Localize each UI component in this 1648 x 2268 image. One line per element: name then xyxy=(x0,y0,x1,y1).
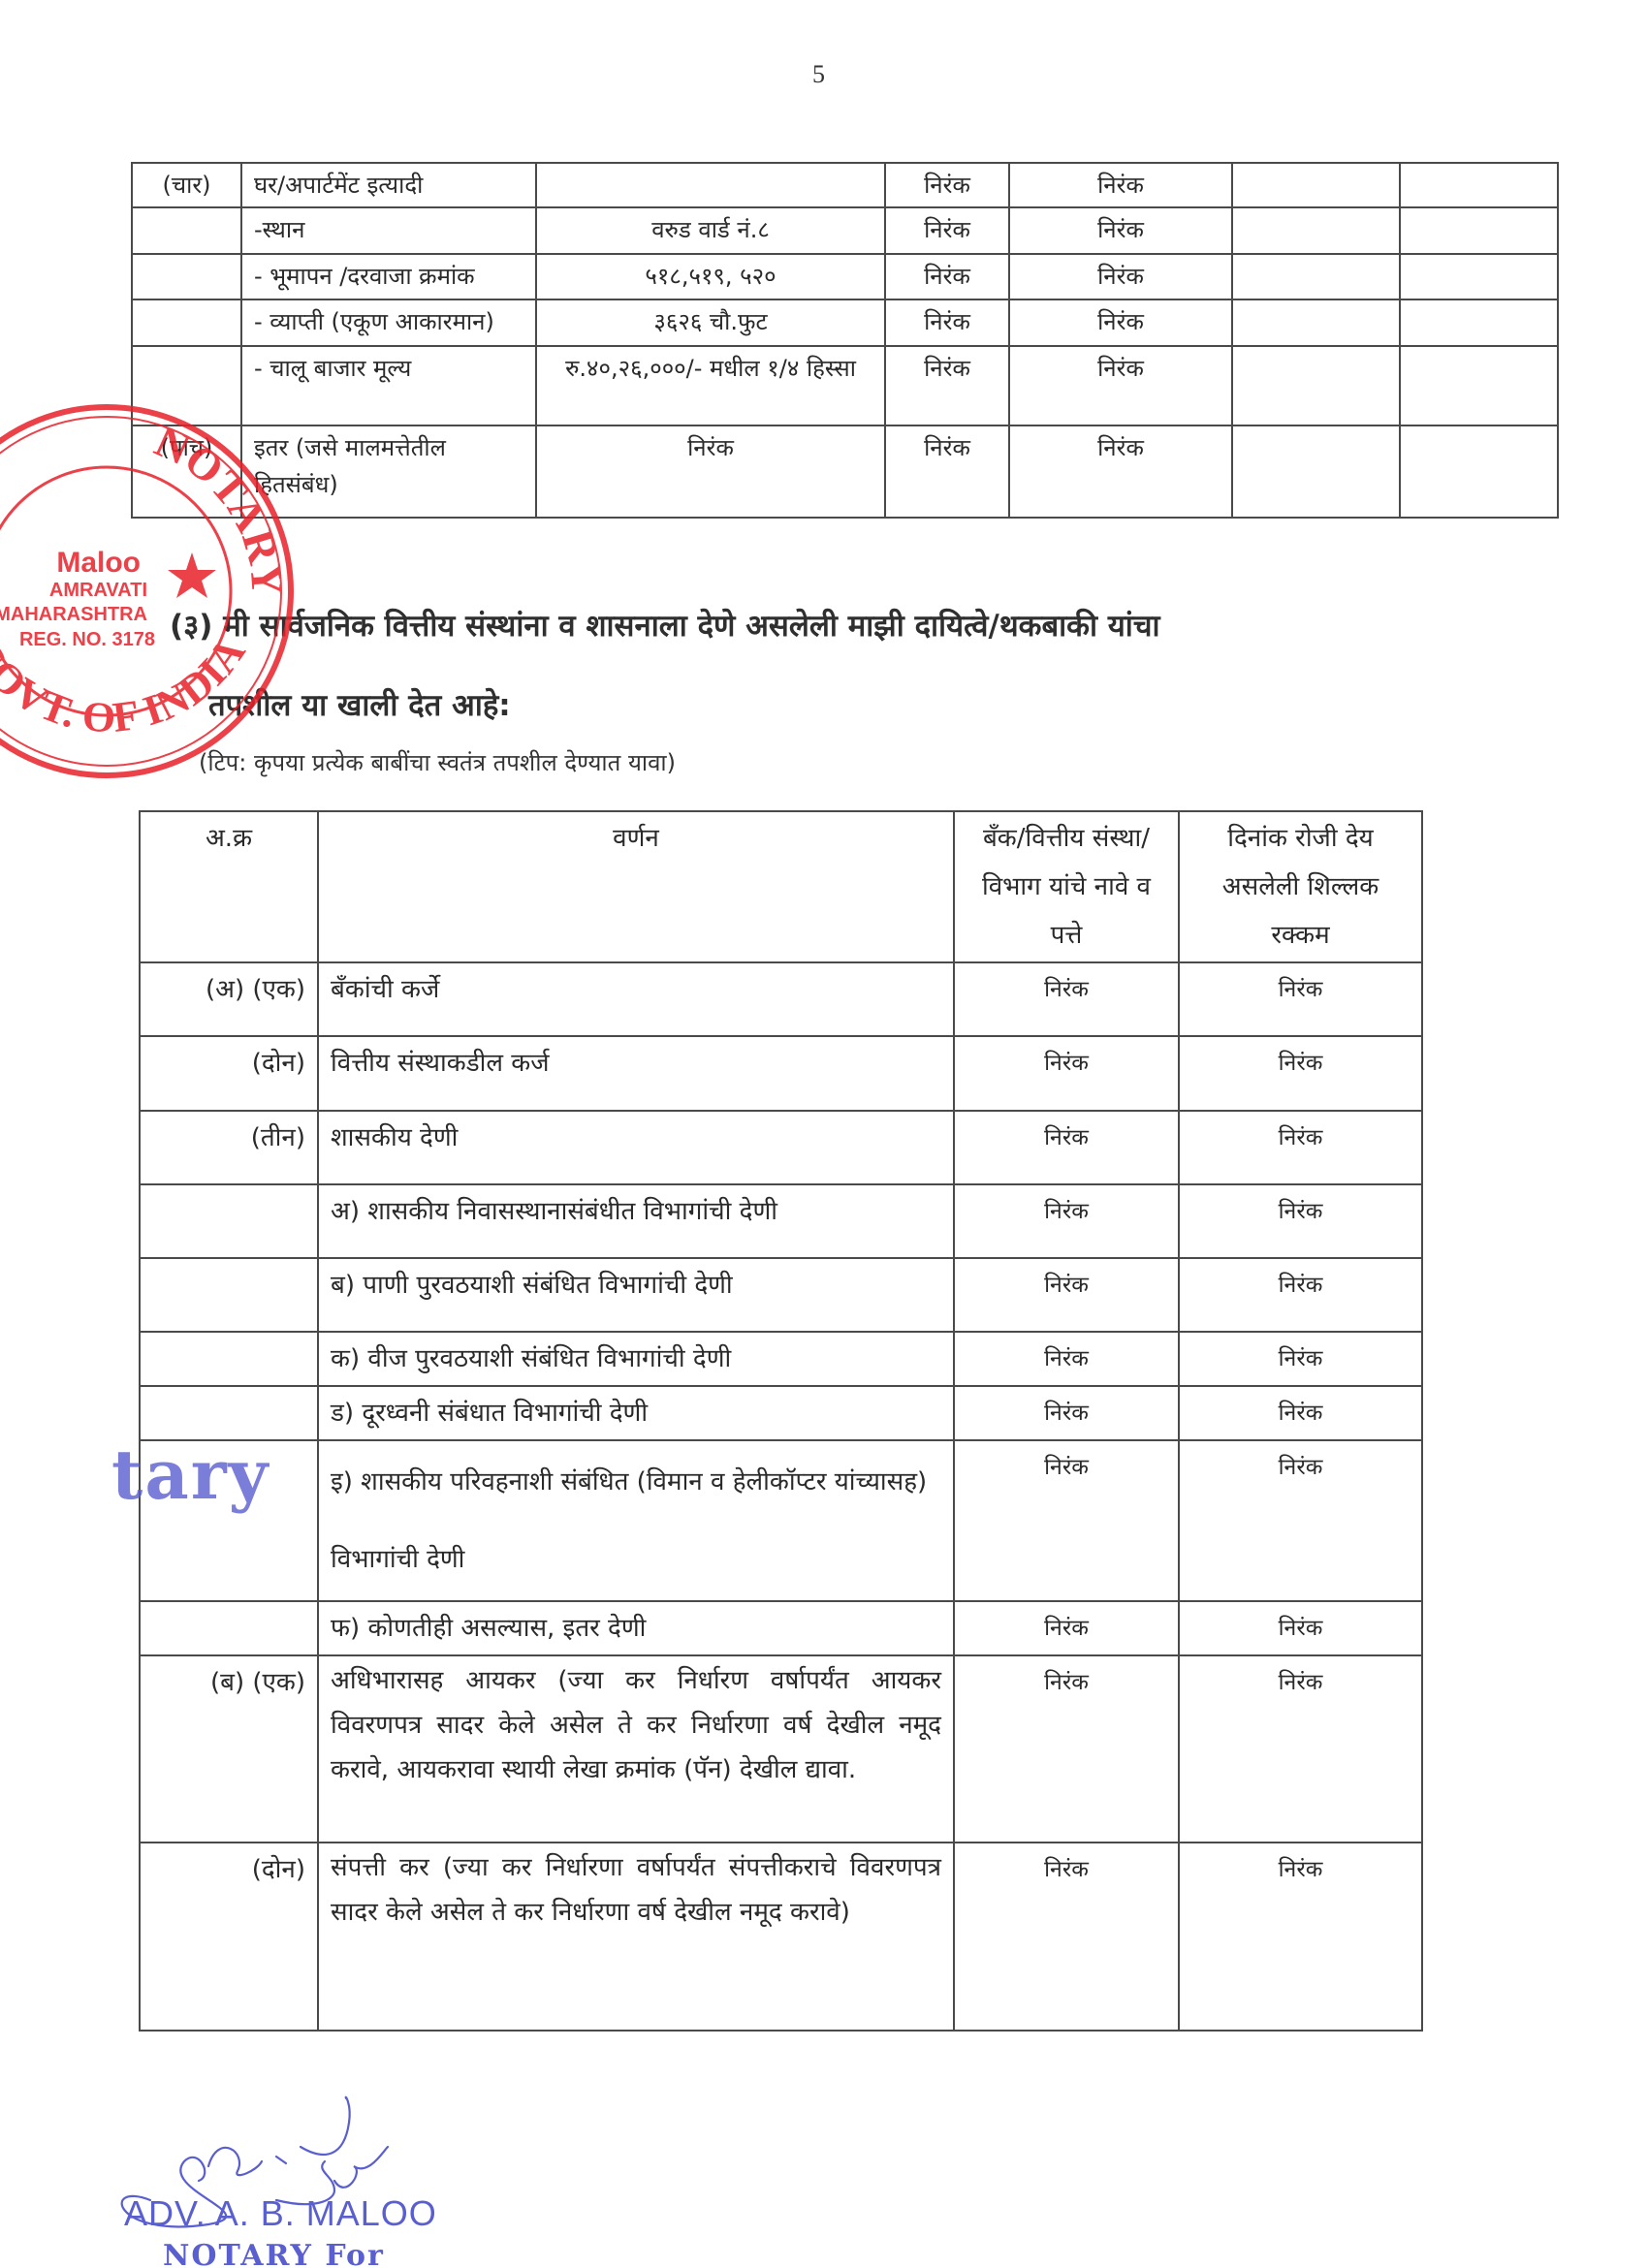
row-value-2: निरंक xyxy=(1009,207,1232,254)
row-value-3 xyxy=(1232,254,1400,299)
row-amount: निरंक xyxy=(1179,1036,1422,1111)
liabilities-table: अ.क्र वर्णन बँक/वित्तीय संस्था/ विभाग या… xyxy=(139,810,1423,2032)
row-value-3 xyxy=(1232,425,1400,518)
row-description: अधिभारासह आयकर (ज्या कर निर्धारण वर्षापर… xyxy=(318,1655,954,1843)
assets-table: (चार) घर/अपार्टमेंट इत्यादी निरंक निरंक … xyxy=(131,162,1559,519)
row-description: ड) दूरध्वनी संबंधात विभागांची देणी xyxy=(318,1386,954,1440)
notary-for-label: NOTARY For xyxy=(163,2239,385,2268)
row-description: संपत्ती कर (ज्या कर निर्धारणा वर्षापर्यं… xyxy=(318,1843,954,2031)
row-value-4 xyxy=(1400,346,1558,425)
page-number: 5 xyxy=(812,60,825,89)
table-row: (दोन) संपत्ती कर (ज्या कर निर्धारणा वर्ष… xyxy=(140,1843,1422,2031)
table-row: क) वीज पुरवठयाशी संबंधित विभागांची देणी … xyxy=(140,1332,1422,1386)
table-row: -स्थान वरुड वार्ड नं.८ निरंक निरंक xyxy=(132,207,1558,254)
row-description: - भूमापन /दरवाजा क्रमांक xyxy=(241,254,536,299)
row-index xyxy=(140,1386,318,1440)
row-bank: निरंक xyxy=(954,1601,1179,1655)
row-index: (अ) (एक) xyxy=(140,962,318,1036)
row-description: -स्थान xyxy=(241,207,536,254)
row-bank: निरंक xyxy=(954,1440,1179,1601)
row-amount: निरंक xyxy=(1179,1184,1422,1258)
row-value-2: निरंक xyxy=(1009,425,1232,518)
seal-name: Maloo xyxy=(56,547,141,579)
row-detail: ५१८,५१९, ५२० xyxy=(536,254,885,299)
row-index: (चार) xyxy=(132,163,241,207)
table-row: ड) दूरध्वनी संबंधात विभागांची देणी निरंक… xyxy=(140,1386,1422,1440)
row-bank: निरंक xyxy=(954,1036,1179,1111)
notary-name: ADV. A. B. MALOO xyxy=(124,2193,437,2234)
row-bank: निरंक xyxy=(954,962,1179,1036)
row-description: शासकीय देणी xyxy=(318,1111,954,1184)
row-index xyxy=(140,1258,318,1332)
row-detail: रु.४०,२६,०००/- मधील १/४ हिस्सा xyxy=(536,346,885,425)
table-row: (अ) (एक) बँकांची कर्जे निरंक निरंक xyxy=(140,962,1422,1036)
row-index xyxy=(132,207,241,254)
row-detail: निरंक xyxy=(536,425,885,518)
header-amount: दिनांक रोजी देय असलेली शिल्लक रक्कम xyxy=(1179,811,1422,962)
table-header-row: अ.क्र वर्णन बँक/वित्तीय संस्था/ विभाग या… xyxy=(140,811,1422,962)
row-value-1: निरंक xyxy=(885,425,1009,518)
header-serial: अ.क्र xyxy=(140,811,318,962)
row-description: अ) शासकीय निवासस्थानासंबंधीत विभागांची द… xyxy=(318,1184,954,1258)
row-bank: निरंक xyxy=(954,1843,1179,2031)
row-description: घर/अपार्टमेंट इत्यादी xyxy=(241,163,536,207)
row-index: (तीन) xyxy=(140,1111,318,1184)
section-tip: (टिप: कृपया प्रत्येक बाबींचा स्वतंत्र तप… xyxy=(199,746,676,778)
table-row: (ब) (एक) अधिभारासह आयकर (ज्या कर निर्धार… xyxy=(140,1655,1422,1843)
row-amount: निरंक xyxy=(1179,1111,1422,1184)
table-row: ब) पाणी पुरवठयाशी संबंधित विभागांची देणी… xyxy=(140,1258,1422,1332)
row-amount: निरंक xyxy=(1179,1601,1422,1655)
row-description: ब) पाणी पुरवठयाशी संबंधित विभागांची देणी xyxy=(318,1258,954,1332)
row-value-1: निरंक xyxy=(885,299,1009,346)
row-bank: निरंक xyxy=(954,1184,1179,1258)
row-value-3 xyxy=(1232,163,1400,207)
row-description: बँकांची कर्जे xyxy=(318,962,954,1036)
row-description: क) वीज पुरवठयाशी संबंधित विभागांची देणी xyxy=(318,1332,954,1386)
row-value-2: निरंक xyxy=(1009,299,1232,346)
row-value-4 xyxy=(1400,425,1558,518)
row-description: इ) शासकीय परिवहनाशी संबंधित (विमान व हेल… xyxy=(318,1440,954,1601)
row-amount: निरंक xyxy=(1179,962,1422,1036)
row-index: (दोन) xyxy=(140,1036,318,1111)
row-index: (दोन) xyxy=(140,1843,318,2031)
header-description: वर्णन xyxy=(318,811,954,962)
row-value-1: निरंक xyxy=(885,207,1009,254)
table-row: - भूमापन /दरवाजा क्रमांक ५१८,५१९, ५२० नि… xyxy=(132,254,1558,299)
table-row: - व्याप्ती (एकूण आकारमान) ३६२६ चौ.फुट नि… xyxy=(132,299,1558,346)
seal-state: MAHARASHTRA xyxy=(0,604,147,625)
section-heading: (३) मी सार्वजनिक वित्तीय संस्थांना व शास… xyxy=(170,586,1430,745)
section-heading-line-2: तपशील या खाली देत आहे: xyxy=(170,666,1430,745)
table-row: (तीन) शासकीय देणी निरंक निरंक xyxy=(140,1111,1422,1184)
row-value-1: निरंक xyxy=(885,346,1009,425)
table-row: फ) कोणतीही असल्यास, इतर देणी निरंक निरंक xyxy=(140,1601,1422,1655)
row-detail: वरुड वार्ड नं.८ xyxy=(536,207,885,254)
row-index: (पाच) xyxy=(132,425,241,518)
row-value-3 xyxy=(1232,207,1400,254)
row-value-4 xyxy=(1400,254,1558,299)
row-value-3 xyxy=(1232,346,1400,425)
row-bank: निरंक xyxy=(954,1386,1179,1440)
table-row: अ) शासकीय निवासस्थानासंबंधीत विभागांची द… xyxy=(140,1184,1422,1258)
row-index xyxy=(140,1332,318,1386)
row-description: इतर (जसे मालमत्तेतील हितसंबंध) xyxy=(241,425,536,518)
row-amount: निरंक xyxy=(1179,1258,1422,1332)
row-value-4 xyxy=(1400,207,1558,254)
row-bank: निरंक xyxy=(954,1655,1179,1843)
row-description: - व्याप्ती (एकूण आकारमान) xyxy=(241,299,536,346)
table-row: इ) शासकीय परिवहनाशी संबंधित (विमान व हेल… xyxy=(140,1440,1422,1601)
row-value-3 xyxy=(1232,299,1400,346)
row-value-1: निरंक xyxy=(885,254,1009,299)
row-description: वित्तीय संस्थाकडील कर्ज xyxy=(318,1036,954,1111)
row-amount: निरंक xyxy=(1179,1440,1422,1601)
table-row: (चार) घर/अपार्टमेंट इत्यादी निरंक निरंक xyxy=(132,163,1558,207)
row-description: - चालू बाजार मूल्य xyxy=(241,346,536,425)
row-index: (ब) (एक) xyxy=(140,1655,318,1843)
table-row: - चालू बाजार मूल्य रु.४०,२६,०००/- मधील १… xyxy=(132,346,1558,425)
row-detail xyxy=(536,163,885,207)
section-heading-line-1: (३) मी सार्वजनिक वित्तीय संस्थांना व शास… xyxy=(170,609,1160,644)
row-index xyxy=(132,254,241,299)
row-value-4 xyxy=(1400,299,1558,346)
row-amount: निरंक xyxy=(1179,1332,1422,1386)
table-row: (पाच) इतर (जसे मालमत्तेतील हितसंबंध) निर… xyxy=(132,425,1558,518)
row-bank: निरंक xyxy=(954,1258,1179,1332)
row-bank: निरंक xyxy=(954,1332,1179,1386)
row-bank: निरंक xyxy=(954,1111,1179,1184)
row-value-1: निरंक xyxy=(885,163,1009,207)
seal-reg-no: REG. NO. 3178 xyxy=(19,629,155,650)
row-description: फ) कोणतीही असल्यास, इतर देणी xyxy=(318,1601,954,1655)
row-value-4 xyxy=(1400,163,1558,207)
row-value-2: निरंक xyxy=(1009,254,1232,299)
header-bank: बँक/वित्तीय संस्था/ विभाग यांचे नावे व प… xyxy=(954,811,1179,962)
row-index xyxy=(132,346,241,425)
row-value-2: निरंक xyxy=(1009,163,1232,207)
row-index xyxy=(140,1601,318,1655)
row-value-2: निरंक xyxy=(1009,346,1232,425)
row-index xyxy=(132,299,241,346)
row-amount: निरंक xyxy=(1179,1386,1422,1440)
seal-city: AMRAVATI xyxy=(49,580,147,601)
row-detail: ३६२६ चौ.फुट xyxy=(536,299,885,346)
row-amount: निरंक xyxy=(1179,1655,1422,1843)
row-amount: निरंक xyxy=(1179,1843,1422,2031)
table-row: (दोन) वित्तीय संस्थाकडील कर्ज निरंक निरं… xyxy=(140,1036,1422,1111)
row-index xyxy=(140,1184,318,1258)
row-index xyxy=(140,1440,318,1601)
